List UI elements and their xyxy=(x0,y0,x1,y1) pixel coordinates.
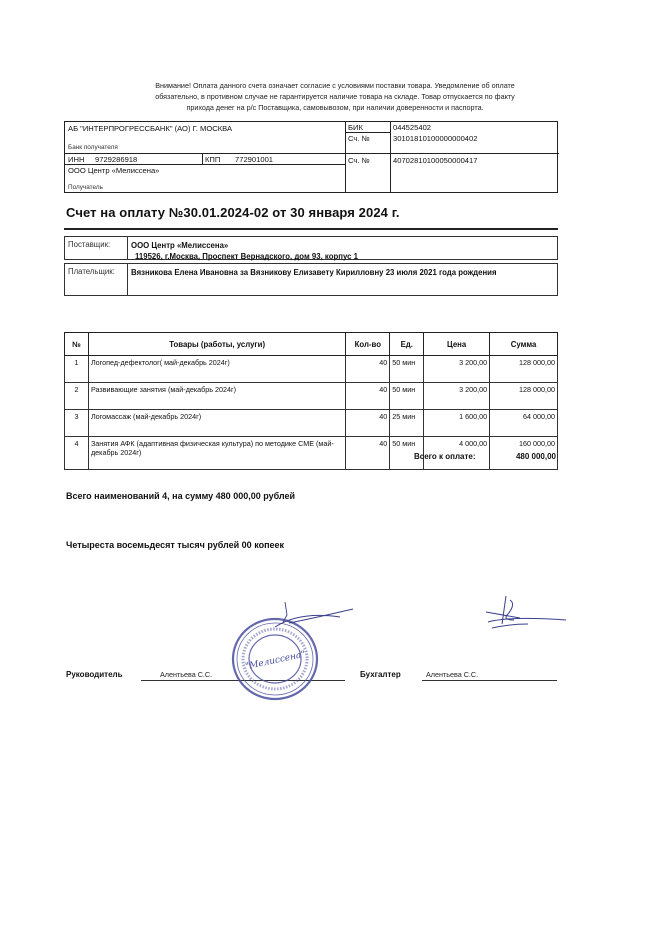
row-number: 4 xyxy=(65,437,89,470)
company-stamp: "Мелиссена" xyxy=(215,597,355,712)
account-label: Сч. № xyxy=(348,156,370,165)
accountant-signature-line xyxy=(422,680,557,681)
row-price: 3 200,00 xyxy=(424,356,490,383)
table-row: 3Логомассаж (май-декабрь 2024г)4025 мин1… xyxy=(65,410,558,437)
row-item-name: Логомассаж (май-декабрь 2024г) xyxy=(88,410,345,437)
bik-label: БИК xyxy=(348,123,363,132)
bank-name-label: Банк получателя xyxy=(68,144,118,151)
account-value: 40702810100050000417 xyxy=(393,156,477,165)
row-qty: 40 xyxy=(346,356,390,383)
director-name: Алентьева С.С. xyxy=(160,670,212,679)
kpp-label: КПП xyxy=(205,155,220,164)
col-number: № xyxy=(65,333,89,356)
row-number: 2 xyxy=(65,383,89,410)
total-value: 480 000,00 xyxy=(500,452,556,461)
row-unit: 50 мин xyxy=(390,383,424,410)
col-price: Цена xyxy=(424,333,490,356)
row-item-name: Развивающие занятия (май-декабрь 2024г) xyxy=(88,383,345,410)
row-number: 3 xyxy=(65,410,89,437)
bank-details: АБ "ИНТЕРПРОГРЕССБАНК" (АО) Г. МОСКВА Ба… xyxy=(64,121,558,193)
supplier-name: ООО Центр «Мелиссена» xyxy=(131,240,358,251)
director-signature-icon xyxy=(275,602,353,627)
table-row: 4Занятия АФК (адаптивная физическая куль… xyxy=(65,437,558,470)
row-qty: 40 xyxy=(346,383,390,410)
accountant-name: Алентьева С.С. xyxy=(426,670,478,679)
bank-name: АБ "ИНТЕРПРОГРЕССБАНК" (АО) Г. МОСКВА xyxy=(68,124,232,133)
notice-line-2: обязательно, в противном случае не гаран… xyxy=(100,91,570,102)
row-price: 1 600,00 xyxy=(424,410,490,437)
recipient-name: ООО Центр «Мелиссена» xyxy=(68,166,159,175)
inn-value: 9729286918 xyxy=(95,155,137,164)
col-qty: Кол-во xyxy=(346,333,390,356)
bik-value: 044525402 xyxy=(393,123,431,132)
col-item: Товары (работы, услуги) xyxy=(88,333,345,356)
invoice-title: Счет на оплату №30.01.2024-02 от 30 янва… xyxy=(66,205,400,220)
payment-notice: Внимание! Оплата данного счета означает … xyxy=(100,80,570,113)
row-unit: 25 мин xyxy=(390,410,424,437)
row-qty: 40 xyxy=(346,437,390,470)
kpp-value: 772901001 xyxy=(235,155,273,164)
row-sum: 64 000,00 xyxy=(490,410,558,437)
row-item-name: Занятия АФК (адаптивная физическая культ… xyxy=(88,437,345,470)
row-item-name: Логопед-дефектолог( май-декабрь 2024г) xyxy=(88,356,345,383)
total-label: Всего к оплате: xyxy=(414,452,476,461)
col-sum: Сумма xyxy=(490,333,558,356)
goods-table: № Товары (работы, услуги) Кол-во Ед. Цен… xyxy=(64,332,558,470)
corr-account-label: Сч. № xyxy=(348,134,370,143)
supplier-info: ООО Центр «Мелиссена» 119526, г.Москва, … xyxy=(131,240,358,262)
payer-block: Плательщик: Вязникова Елена Ивановна за … xyxy=(64,263,558,296)
accountant-label: Бухгалтер xyxy=(360,670,401,679)
supplier-block: Поставщик: ООО Центр «Мелиссена» 119526,… xyxy=(64,236,558,260)
table-row: 1Логопед-дефектолог( май-декабрь 2024г)4… xyxy=(65,356,558,383)
inn-label: ИНН xyxy=(68,155,84,164)
row-qty: 40 xyxy=(346,410,390,437)
supplier-label: Поставщик: xyxy=(68,240,110,249)
summary-words: Четыреста восемьдесят тысяч рублей 00 ко… xyxy=(66,540,284,550)
summary-count: Всего наименований 4, на сумму 480 000,0… xyxy=(66,491,295,501)
goods-header-row: № Товары (работы, услуги) Кол-во Ед. Цен… xyxy=(65,333,558,356)
table-row: 2Развивающие занятия (май-декабрь 2024г)… xyxy=(65,383,558,410)
recipient-label: Получатель xyxy=(68,184,103,191)
payer-label: Плательщик: xyxy=(68,267,115,276)
row-number: 1 xyxy=(65,356,89,383)
row-price: 3 200,00 xyxy=(424,383,490,410)
notice-line-1: Внимание! Оплата данного счета означает … xyxy=(100,80,570,91)
title-divider xyxy=(64,228,558,230)
director-label: Руководитель xyxy=(66,670,123,679)
row-sum: 128 000,00 xyxy=(490,383,558,410)
supplier-address: 119526, г.Москва, Проспект Вернадского, … xyxy=(131,251,358,262)
row-sum: 128 000,00 xyxy=(490,356,558,383)
row-unit: 50 мин xyxy=(390,356,424,383)
col-unit: Ед. xyxy=(390,333,424,356)
stamp-text: "Мелиссена" xyxy=(245,650,307,672)
payer-name: Вязникова Елена Ивановна за Вязникову Ел… xyxy=(131,267,497,278)
accountant-signature-icon xyxy=(480,590,570,635)
corr-account-value: 30101810100000000402 xyxy=(393,134,477,143)
notice-line-3: прихода денег на р/с Поставщика, самовыв… xyxy=(100,102,570,113)
